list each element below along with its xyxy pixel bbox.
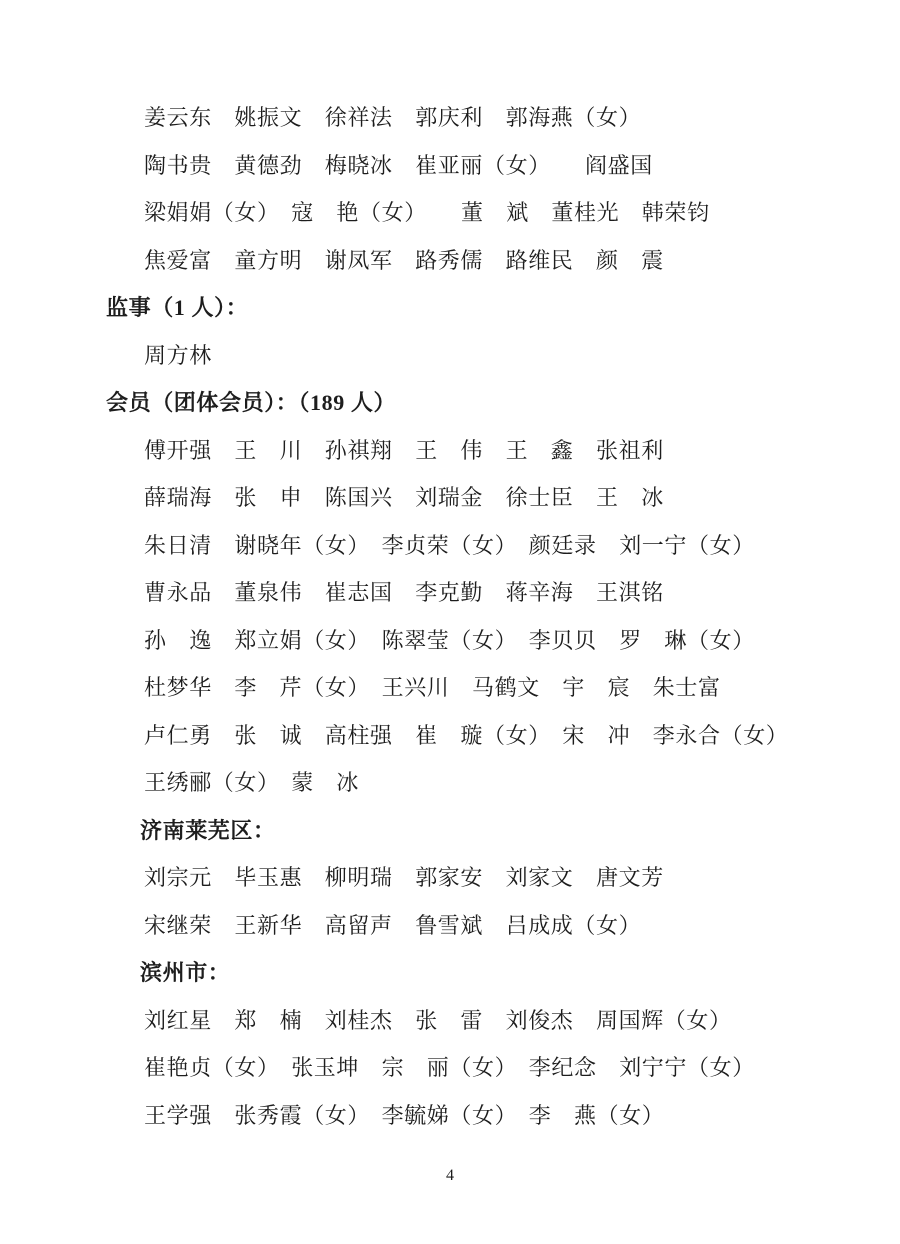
names-line: 王学强 张秀霞（女） 李毓娣（女） 李 燕（女）	[106, 1092, 840, 1140]
names-line: 卢仁勇 张 诚 高柱强 崔 璇（女） 宋 冲 李永合（女）	[106, 712, 840, 760]
names-line: 姜云东 姚振文 徐祥法 郭庆利 郭海燕（女）	[106, 94, 840, 142]
supervisor-name-line: 周方林	[106, 332, 840, 380]
names-line: 焦爱富 童方明 谢凤军 路秀儒 路维民 颜 震	[106, 237, 840, 285]
names-line: 陶书贵 黄德劲 梅晓冰 崔亚丽（女） 阎盛国	[106, 142, 840, 190]
names-line: 崔艳贞（女） 张玉坤 宗 丽（女） 李纪念 刘宁宁（女）	[106, 1044, 840, 1092]
names-line: 刘宗元 毕玉惠 柳明瑞 郭家安 刘家文 唐文芳	[106, 854, 840, 902]
names-line: 宋继荣 王新华 高留声 鲁雪斌 吕成成（女）	[106, 902, 840, 950]
names-line: 杜梦华 李 芹（女） 王兴川 马鹤文 宇 宸 朱士富	[106, 664, 840, 712]
page-number: 4	[0, 1164, 900, 1188]
names-line: 孙 逸 郑立娟（女） 陈翠莹（女） 李贝贝 罗 琳（女）	[106, 617, 840, 665]
document-body: 姜云东 姚振文 徐祥法 郭庆利 郭海燕（女） 陶书贵 黄德劲 梅晓冰 崔亚丽（女…	[106, 94, 840, 1139]
names-line: 傅开强 王 川 孙祺翔 王 伟 王 鑫 张祖利	[106, 427, 840, 475]
supervisors-heading: 监事（1 人）：	[106, 284, 840, 332]
members-heading: 会员（团体会员）：（189 人）	[106, 379, 840, 427]
names-line: 曹永品 董泉伟 崔志国 李克勤 蒋辛海 王淇铭	[106, 569, 840, 617]
names-line: 刘红星 郑 楠 刘桂杰 张 雷 刘俊杰 周国辉（女）	[106, 997, 840, 1045]
binzhou-subheading: 滨州市：	[106, 949, 840, 997]
names-line: 薛瑞海 张 申 陈国兴 刘瑞金 徐士臣 王 冰	[106, 474, 840, 522]
jinan-laiwu-subheading: 济南莱芜区：	[106, 807, 840, 855]
names-line: 梁娟娟（女） 寇 艳（女） 董 斌 董桂光 韩荣钧	[106, 189, 840, 237]
names-line: 王绣郦（女） 蒙 冰	[106, 759, 840, 807]
names-line: 朱日清 谢晓年（女） 李贞荣（女） 颜廷录 刘一宁（女）	[106, 522, 840, 570]
